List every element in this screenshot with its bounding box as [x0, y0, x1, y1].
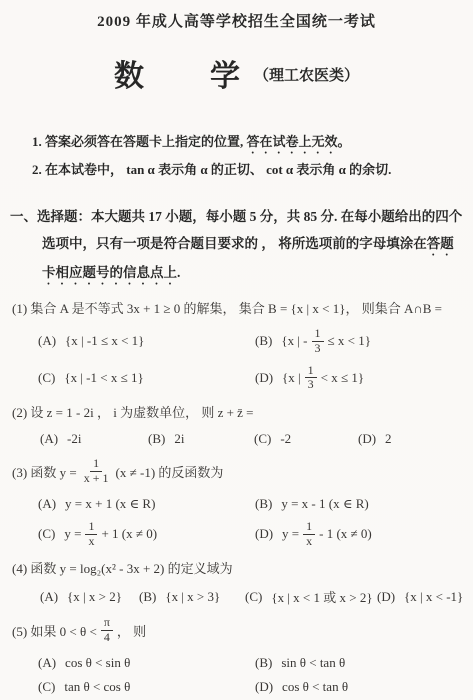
question-5-option-a: (A) cos θ < sin θ [38, 655, 255, 671]
option-label: (C) [245, 589, 262, 605]
question-2-option-c: (C) -2 [254, 431, 358, 447]
note1-period: 。 [338, 134, 351, 149]
question-2-option-a: (A) -2i [40, 431, 148, 447]
subject-title: 数 学 [114, 51, 242, 95]
option-label: (B) [255, 655, 272, 671]
fraction: π4 [101, 616, 113, 645]
exam-paper-page: 2009 年成人高等学校招生全国统一考试 数 学 （理工农医类） 1. 答案必须… [0, 0, 473, 700]
option-text: sin θ < tan θ [281, 655, 345, 671]
option-label: (B) [255, 496, 272, 512]
question-3-option-d: (D) y = 1x - 1 (x ≠ 0) [255, 520, 463, 549]
option-label: (C) [38, 526, 55, 542]
stem-text: ， 则 [117, 621, 146, 640]
option-text: ≤ x < 1} [328, 333, 371, 349]
fraction-denominator: x + 1 [81, 472, 112, 486]
option-text: {x | - [281, 333, 307, 349]
fraction-numerator: 1 [90, 457, 102, 472]
question-1-option-a: (A) {x | -1 ≤ x < 1} [38, 327, 255, 356]
option-label: (B) [139, 589, 156, 605]
option-label: (D) [255, 679, 273, 695]
fraction-denominator: 3 [312, 342, 324, 356]
fraction: 1x + 1 [81, 457, 112, 486]
option-text: y = x + 1 (x ∈ R) [65, 496, 155, 512]
question-3-options: (A) y = x + 1 (x ∈ R) (B) y = x - 1 (x ∈… [10, 488, 463, 549]
option-text: 2i [174, 431, 184, 447]
option-label: (B) [255, 333, 272, 349]
option-label: (C) [38, 679, 55, 695]
option-text: cos θ < tan θ [282, 679, 348, 695]
fraction-denominator: x [85, 535, 97, 549]
question-4-option-c: (C) {x | x < 1 或 x > 2} [245, 587, 377, 606]
question-1-option-d: (D) {x | 13 < x ≤ 1} [255, 364, 463, 393]
question-5-option-c: (C) tan θ < cos θ [38, 679, 255, 695]
option-text: -2i [67, 431, 81, 447]
option-label: (C) [38, 370, 55, 386]
fraction: 1x [85, 520, 97, 549]
fraction-numerator: 1 [85, 520, 97, 535]
fraction-denominator: 4 [101, 631, 113, 645]
option-label: (A) [38, 333, 56, 349]
question-3-option-a: (A) y = x + 1 (x ∈ R) [38, 496, 255, 512]
option-text: {x | [282, 370, 301, 386]
question-5-option-b: (B) sin θ < tan θ [255, 655, 463, 671]
question-2: (2) 设 z = 1 - 2i ， i 为虚数单位， 则 z + z̄ = (… [10, 402, 463, 447]
option-text: y = x - 1 (x ∈ R) [281, 496, 368, 512]
option-text: 2 [385, 431, 392, 447]
option-label: (A) [38, 655, 56, 671]
question-4-option-a: (A) {x | x > 2} [40, 587, 139, 606]
instructions-text: 一、选择题：本大题共 17 小题，每小题 5 分，共 85 分. 在每小题给出的… [10, 209, 462, 251]
option-label: (D) [255, 370, 273, 386]
question-4: (4) 函数 y = log₂(x² - 3x + 2) 的定义域为 (A) {… [10, 558, 463, 606]
fraction: 1x [303, 520, 315, 549]
stem-text: (5) 如果 0 < θ < [12, 621, 97, 640]
exam-title: 2009 年成人高等学校招生全国统一考试 [10, 6, 463, 31]
exam-notes: 1. 答案必须答在答题卡上指定的位置, 答在试卷上无效。 2. 在本试卷中， t… [32, 129, 463, 183]
option-text: tan θ < cos θ [64, 679, 130, 695]
question-1-stem: (1) 集合 A 是不等式 3x + 1 ≥ 0 的解集， 集合 B = {x … [10, 298, 463, 317]
subject-category: （理工农医类） [254, 64, 359, 85]
option-text: -2 [280, 431, 291, 447]
stem-text: (3) 函数 y = [12, 462, 77, 481]
option-label: (A) [40, 431, 58, 447]
stem-text: (x ≠ -1) 的反函数为 [116, 462, 224, 481]
option-text: {x | x < -1} [404, 589, 463, 605]
subject-line: 数 学 （理工农医类） [10, 51, 463, 95]
option-label: (D) [377, 589, 395, 605]
option-text: {x | x > 2} [67, 589, 122, 605]
section-one-instructions: 一、选择题：本大题共 17 小题，每小题 5 分，共 85 分. 在每小题给出的… [10, 203, 463, 288]
question-4-stem: (4) 函数 y = log₂(x² - 3x + 2) 的定义域为 [10, 558, 463, 577]
note-item-1: 1. 答案必须答在答题卡上指定的位置, 答在试卷上无效。 [32, 129, 463, 157]
option-text: + 1 (x ≠ 0) [101, 526, 157, 542]
question-2-option-b: (B) 2i [148, 431, 254, 447]
fraction: 13 [312, 327, 324, 356]
question-2-options: (A) -2i (B) 2i (C) -2 (D) 2 [10, 423, 463, 447]
note-item-2: 2. 在本试卷中， tan α 表示角 α 的正切、 cot α 表示角 α 的… [32, 157, 463, 183]
option-text: {x | -1 ≤ x < 1} [65, 333, 144, 349]
option-label: (C) [254, 431, 271, 447]
option-text: < x ≤ 1} [321, 370, 364, 386]
option-text: - 1 (x ≠ 0) [319, 526, 372, 542]
question-1-options: (A) {x | -1 ≤ x < 1} (B) {x | - 13 ≤ x <… [10, 319, 463, 392]
option-label: (B) [148, 431, 165, 447]
note1-emphasized-text: 答在试卷上无效 [247, 134, 338, 149]
fraction-numerator: 1 [303, 520, 315, 535]
question-5-options: (A) cos θ < sin θ (B) sin θ < tan θ (C) … [10, 647, 463, 695]
fraction-numerator: 1 [305, 364, 317, 379]
option-text: y = [64, 526, 81, 542]
fraction: 13 [305, 364, 317, 393]
question-4-option-d: (D) {x | x < -1} [377, 587, 463, 606]
option-text: {x | x > 3} [165, 589, 220, 605]
option-text: {x | x < 1 或 x > 2} [271, 587, 372, 606]
title-block: 2009 年成人高等学校招生全国统一考试 数 学 （理工农医类） [10, 6, 463, 95]
question-5-option-d: (D) cos θ < tan θ [255, 679, 463, 695]
question-3-option-b: (B) y = x - 1 (x ∈ R) [255, 496, 463, 512]
instructions-period: . [177, 265, 180, 280]
option-label: (A) [38, 496, 56, 512]
question-4-option-b: (B) {x | x > 3} [139, 587, 245, 606]
option-text: {x | -1 < x ≤ 1} [64, 370, 143, 386]
question-4-options: (A) {x | x > 2} (B) {x | x > 3} (C) {x |… [10, 579, 463, 606]
option-label: (A) [40, 589, 58, 605]
option-text: cos θ < sin θ [65, 655, 130, 671]
note1-text: 1. 答案必须答在答题卡上指定的位置, [32, 134, 247, 149]
question-3: (3) 函数 y = 1x + 1 (x ≠ -1) 的反函数为 (A) y =… [10, 457, 463, 548]
question-2-stem: (2) 设 z = 1 - 2i ， i 为虚数单位， 则 z + z̄ = [10, 402, 463, 421]
question-5-stem: (5) 如果 0 < θ < π4 ， 则 [10, 616, 463, 645]
question-1-option-b: (B) {x | - 13 ≤ x < 1} [255, 327, 463, 356]
option-text: y = [282, 526, 299, 542]
question-3-option-c: (C) y = 1x + 1 (x ≠ 0) [38, 520, 255, 549]
question-1: (1) 集合 A 是不等式 3x + 1 ≥ 0 的解集， 集合 B = {x … [10, 298, 463, 392]
option-label: (D) [255, 526, 273, 542]
fraction-denominator: 3 [305, 378, 317, 392]
fraction-numerator: π [101, 616, 113, 631]
fraction-denominator: x [303, 535, 315, 549]
question-2-option-d: (D) 2 [358, 431, 463, 447]
question-3-stem: (3) 函数 y = 1x + 1 (x ≠ -1) 的反函数为 [10, 457, 463, 486]
option-label: (D) [358, 431, 376, 447]
question-5: (5) 如果 0 < θ < π4 ， 则 (A) cos θ < sin θ … [10, 616, 463, 695]
fraction-numerator: 1 [312, 327, 324, 342]
question-list: (1) 集合 A 是不等式 3x + 1 ≥ 0 的解集， 集合 B = {x … [10, 298, 463, 695]
question-1-option-c: (C) {x | -1 < x ≤ 1} [38, 364, 255, 393]
